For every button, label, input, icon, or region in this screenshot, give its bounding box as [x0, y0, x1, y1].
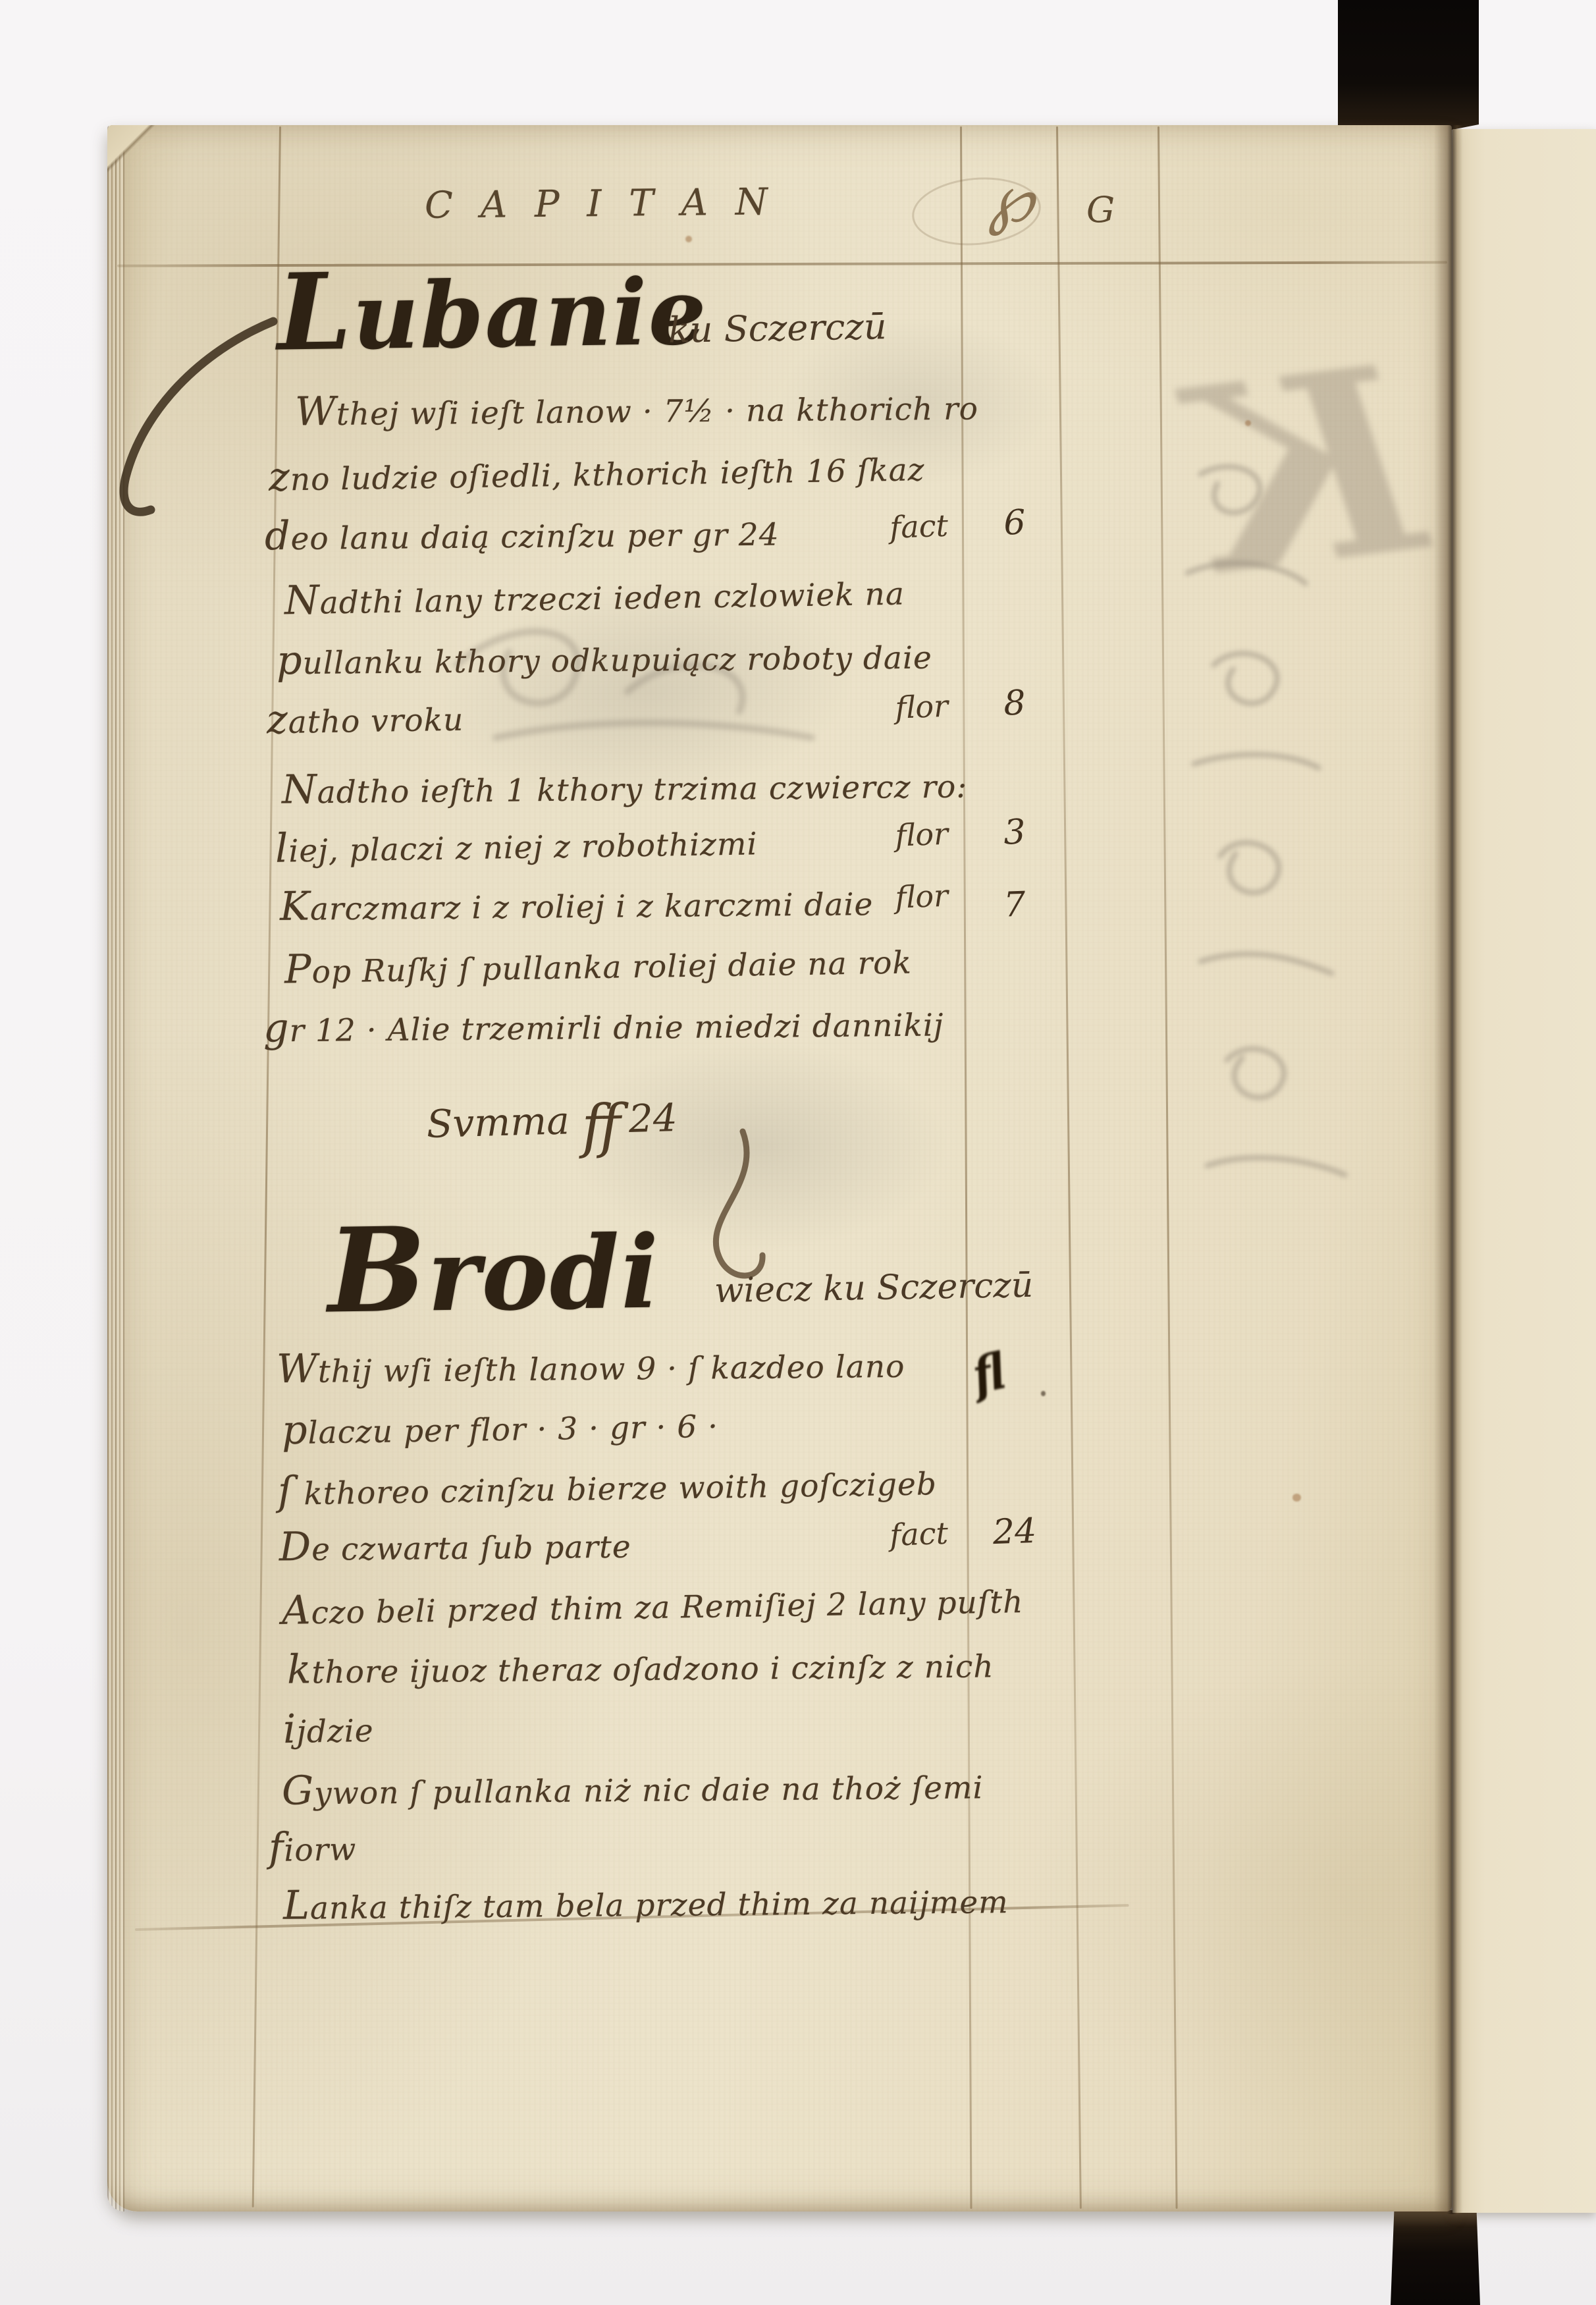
section-title-brodi: Brodi: [327, 1208, 661, 1328]
amount-value: 3: [984, 814, 1045, 850]
bleedthrough-ghost-column: [1161, 448, 1437, 1251]
amount-value: 24: [984, 1513, 1045, 1550]
entry-line: liej, placzi z niej z robothizmi: [275, 819, 758, 871]
amount-unit: fact: [826, 510, 948, 545]
entry-line: zno ludzie oſiedli, kthorich ieſth 16 ſk…: [269, 445, 925, 499]
summa-value: 24: [628, 1095, 678, 1141]
entry-line: De czwarta ſub parte: [279, 1523, 631, 1569]
florin-symbol: ff: [581, 1091, 618, 1160]
section-title-lubanie: Lubanie: [277, 254, 708, 365]
bookmark-ribbon-bottom: [1391, 2210, 1480, 2305]
amount-unit: flor: [826, 691, 948, 725]
entry-line: kthore ijuoz theraz oſadzono i czinſz z …: [287, 1642, 994, 1692]
amount-unit: flor: [826, 881, 948, 915]
column-ruled-line-3: [1157, 126, 1178, 2209]
facing-page-edge: [1452, 129, 1596, 2213]
amount-value: 7: [984, 886, 1045, 923]
fox-spot: [1292, 1494, 1301, 1502]
entry-line: Pop Ruſkj ſ pullanka roliej daie na rok: [284, 938, 913, 992]
amount-unit: flor: [826, 819, 948, 853]
ink-speck: [1041, 1391, 1046, 1396]
margin-ruled-line: [252, 126, 281, 2208]
entry-line: placzu per flor · 3 · gr · 6 ·: [282, 1402, 719, 1453]
entry-line: ijdzie: [282, 1706, 374, 1751]
bookmark-ribbon-top: [1338, 0, 1479, 138]
ink-blot-mark: ﬂ: [969, 1345, 1010, 1401]
dogear-corner-fold: [107, 125, 155, 173]
entry-line: pullanku kthory odkupuiącz roboty daie: [277, 634, 932, 683]
entry-line: Wthej wſi ieſt lanow · 7½ · na kthorich …: [295, 384, 978, 433]
book-gutter-shadow: [1434, 125, 1463, 2214]
summa-line: Svmma ff 24: [426, 1095, 678, 1160]
initial-flourish: [101, 311, 292, 541]
amount-unit: fact: [826, 1518, 948, 1552]
entry-line: zatho vroku: [266, 695, 464, 742]
section-subtitle-brodi: wiecz ku Sczerczū: [714, 1268, 1034, 1308]
entry-line: Karczmarz i z roliej i z karczmi daie: [280, 880, 874, 929]
folio-flourish-mark: ℘: [988, 166, 1034, 232]
bleedthrough-flourish: K: [1179, 330, 1431, 612]
entry-line: deo lanu daią czinſzu per gr 24: [265, 510, 780, 558]
manuscript-page: K: [107, 125, 1452, 2211]
summa-label: Svmma: [426, 1098, 570, 1147]
entry-line: gr 12 · Alie trzemirli dnie miedzi danni…: [263, 1000, 944, 1050]
fox-spot: [1245, 420, 1251, 426]
amount-value: 6: [984, 504, 1045, 541]
entry-line: fiorw: [268, 1825, 356, 1870]
column-ruled-line-2: [1056, 126, 1082, 2209]
fox-spot: [685, 236, 692, 242]
entry-line: Lanka thiſz tam bela przed thim za naijm…: [283, 1878, 1009, 1928]
running-header: C A P I T A N: [425, 184, 776, 225]
section-subtitle-lubanie: ku Sczerczū: [668, 309, 887, 348]
entry-line: Aczo beli przed thim za Remiſiej 2 lany …: [282, 1577, 1024, 1633]
amount-value: 8: [984, 685, 1045, 721]
entry-line: ſ kthoreo czinſzu bierze woith goſczigeb: [278, 1459, 938, 1513]
entry-line: Nadthi lany trzeczi ieden czlowiek na: [284, 570, 905, 623]
folio-letter: G: [1086, 192, 1115, 228]
page-edge-stack: [107, 125, 124, 2211]
entry-line: Gywon ſ pullanka niż nic daie na thoż ſe…: [282, 1763, 984, 1812]
entry-line: Wthij wſi ieſth lanow 9 · ſ kazdeo lano: [277, 1342, 905, 1391]
entry-line: Nadtho ieſth 1 kthory trzima czwiercz ro…: [282, 762, 968, 811]
scanned-book-spread: K: [0, 0, 1596, 2305]
